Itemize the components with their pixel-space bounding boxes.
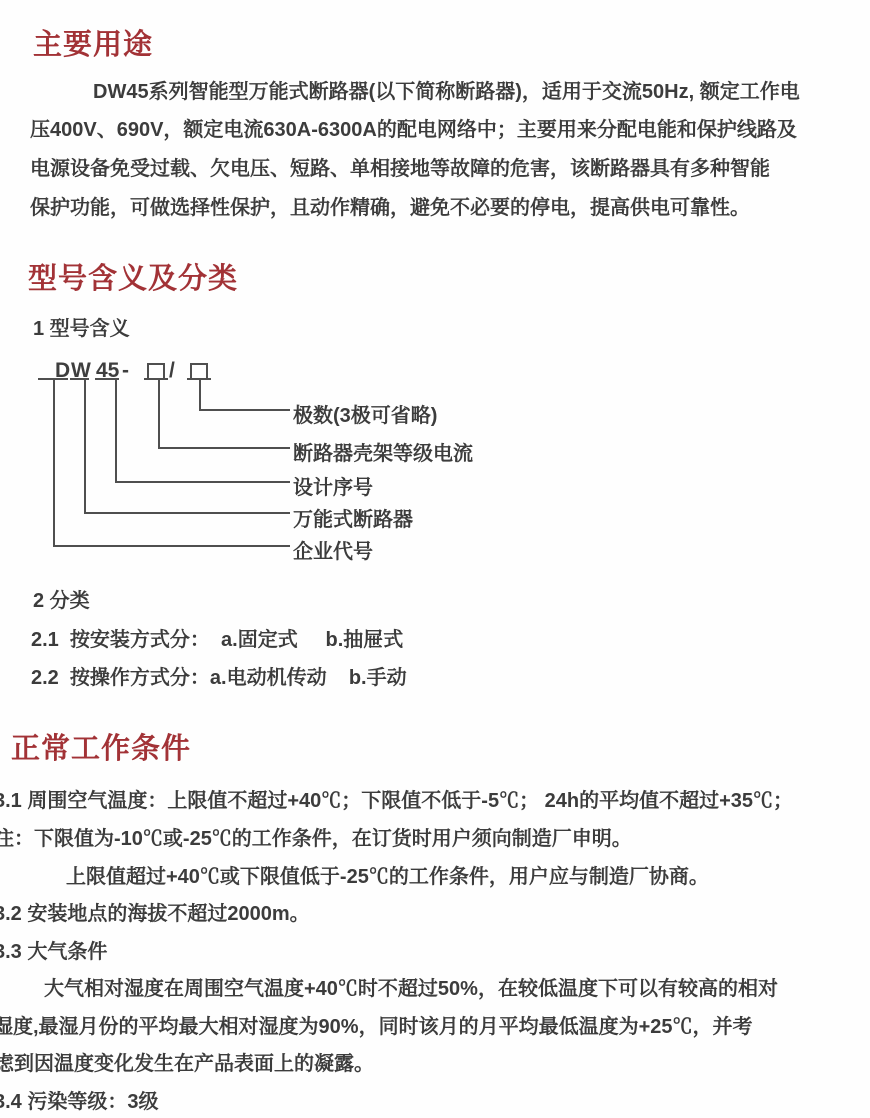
section-heading-working-conditions: 正常工作条件 (11, 726, 191, 767)
connector-horizontal-line (84, 512, 290, 514)
classification-item-operation: 2.2 按操作方式分：a.电动机传动 b.手动 (31, 666, 407, 690)
diagram-label-design-serial: 设计序号 (293, 471, 373, 500)
condition-line-altitude: 3.2 安装地点的海拔不超过2000m。 (0, 902, 310, 926)
condition-line-humidity-continued: 湿度,最湿月份的平均最大相对湿度为90%，同时该月的月平均最低温度为+25℃，并… (0, 1015, 753, 1039)
main-use-paragraph-line: 压400V、690V，额定电流630A-6300A的配电网络中；主要用来分配电能… (30, 118, 797, 142)
section-heading-model-meaning: 型号含义及分类 (28, 256, 238, 297)
condition-line-note-continued: 上限值超过+40℃或下限值低于-25℃的工作条件，用户应与制造厂协商。 (66, 865, 709, 889)
condition-line-pollution-degree: 3.4 污染等级：3级 (0, 1090, 158, 1114)
connector-vertical-line (199, 380, 201, 411)
condition-line-condensation: 虑到因温度变化发生在产品表面上的凝露。 (0, 1052, 374, 1076)
connector-vertical-line (84, 380, 86, 514)
main-use-paragraph-line: 保护功能，可做选择性保护，且动作精确，避免不必要的停电，提高供电可靠性。 (30, 196, 750, 220)
condition-line-note: 注：下限值为-10℃或-25℃的工作条件，在订货时用户须向制造厂申明。 (0, 827, 632, 851)
model-code-slash: / (169, 359, 175, 383)
manual-page: 主要用途 DW45系列智能型万能式断路器(以下简称断路器)，适用于交流50Hz,… (0, 0, 870, 1118)
connector-vertical-line (158, 380, 160, 449)
underline-segment (144, 378, 168, 380)
diagram-label-poles: 极数(3极可省略) (293, 399, 437, 428)
connector-horizontal-line (199, 409, 290, 411)
underline-segment (70, 378, 89, 380)
classification-item-mounting: 2.1 按安装方式分： a.固定式 b.抽屉式 (31, 628, 403, 652)
diagram-label-company-code: 企业代号 (293, 535, 373, 564)
connector-vertical-line (53, 380, 55, 547)
connector-horizontal-line (158, 447, 290, 449)
subsection-title-model-meaning: 1 型号含义 (33, 317, 130, 341)
connector-vertical-line (115, 380, 117, 483)
model-code-dash: - (122, 359, 129, 383)
subsection-title-classification: 2 分类 (33, 589, 90, 613)
main-use-paragraph-line: DW45系列智能型万能式断路器(以下简称断路器)，适用于交流50Hz, 额定工作… (93, 80, 800, 104)
diagram-label-breaker-type: 万能式断路器 (293, 503, 413, 532)
condition-line-ambient-temperature: 3.1 周围空气温度：上限值不超过+40℃；下限值不低于-5℃； 24h的平均值… (0, 789, 793, 813)
connector-horizontal-line (53, 545, 290, 547)
connector-horizontal-line (115, 481, 290, 483)
section-heading-main-use: 主要用途 (33, 22, 153, 63)
main-use-paragraph-line: 电源设备免受过载、欠电压、短路、单相接地等故障的危害，该断路器具有多种智能 (30, 157, 770, 181)
condition-line-humidity: 大气相对湿度在周围空气温度+40℃时不超过50%，在较低温度下可以有较高的相对 (44, 977, 778, 1001)
diagram-label-frame-current: 断路器壳架等级电流 (293, 437, 473, 466)
condition-line-atmosphere-title: 3.3 大气条件 (0, 940, 107, 964)
